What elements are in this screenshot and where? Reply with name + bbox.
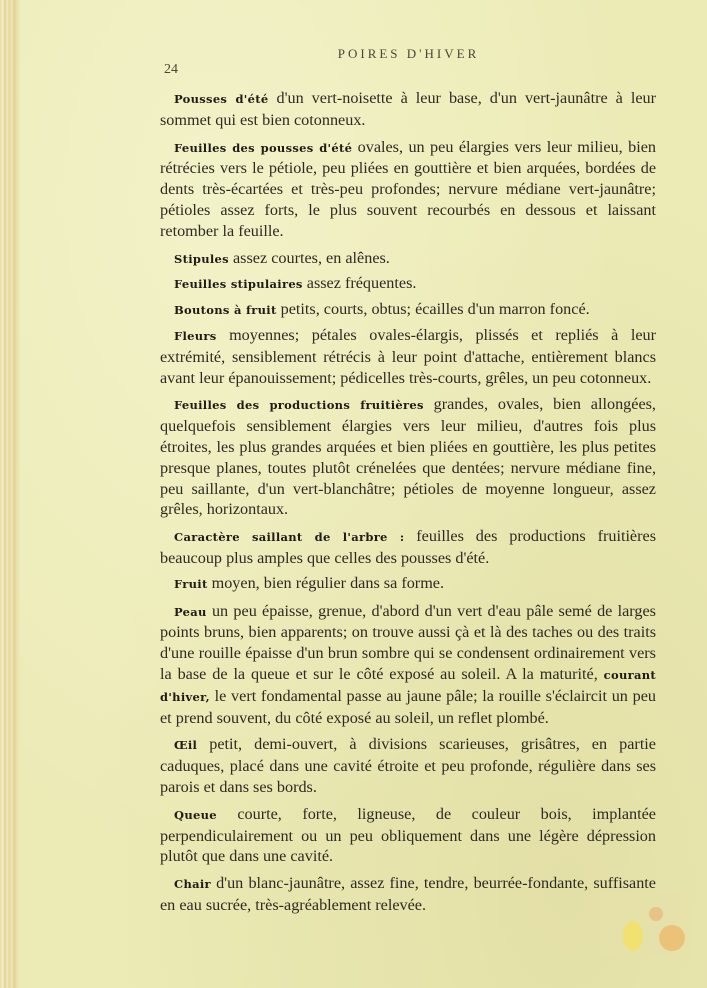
- paragraph-feuilles-pousses: Feuilles des pousses d'été ovales, un pe…: [160, 137, 656, 242]
- paragraph-fruit: Fruit moyen, bien régulier dans sa forme…: [160, 573, 656, 595]
- paragraph-text: assez courtes, en alênes.: [229, 249, 390, 267]
- paragraph-text: d'un blanc-jaunâtre, assez fine, tendre,…: [160, 874, 656, 914]
- paragraph-text: petits, courts, obtus; écailles d'un mar…: [277, 300, 590, 318]
- paragraph-text: un peu épaisse, grenue, d'abord d'un ver…: [160, 602, 656, 683]
- paragraph-stipules: Stipules assez courtes, en alênes.: [160, 248, 656, 270]
- paragraph-peau: Peau un peu épaisse, grenue, d'abord d'u…: [160, 601, 656, 729]
- paragraph-lead: Peau: [174, 605, 207, 619]
- paragraph-text: grandes, ovales, bien allongées, quelque…: [160, 395, 656, 518]
- bleed-through-illustration: [601, 891, 693, 957]
- page-number: 24: [164, 62, 178, 78]
- paragraph-caractere: Caractère saillant de l'arbre : feuilles…: [160, 526, 656, 569]
- paragraph-lead: Fleurs: [174, 329, 217, 343]
- paragraph-text: moyennes; pétales ovales-élargis, plissé…: [160, 326, 656, 387]
- paragraph-text: moyen, bien régulier dans sa forme.: [208, 574, 444, 592]
- paragraph-text: courte, forte, ligneuse, de couleur bois…: [160, 805, 656, 866]
- paragraph-lead: Feuilles stipulaires: [174, 277, 303, 291]
- paragraph-text: petit, demi-ouvert, à divisions scarieus…: [160, 735, 656, 796]
- paragraph-lead: Stipules: [174, 252, 229, 266]
- paragraph-fleurs: Fleurs moyennes; pétales ovales-élargis,…: [160, 325, 656, 388]
- paragraph-lead: Caractère saillant de l'arbre :: [174, 530, 404, 544]
- paragraph-text-after: le vert fondamental passe au jaune pâle;…: [160, 687, 656, 727]
- paragraph-lead: Boutons à fruit: [174, 303, 277, 317]
- paragraph-lead: Feuilles des productions fruitières: [174, 398, 424, 412]
- paragraph-chair: Chair d'un blanc-jaunâtre, assez fine, t…: [160, 873, 656, 916]
- body-text: Pousses d'été d'un vert-noisette à leur …: [160, 88, 656, 922]
- paragraph-lead: Pousses d'été: [174, 92, 268, 106]
- paragraph-feuilles-stipulaires: Feuilles stipulaires assez fréquentes.: [160, 273, 656, 295]
- paragraph-lead: Feuilles des pousses d'été: [174, 141, 352, 155]
- paragraph-queue: Queue courte, forte, ligneuse, de couleu…: [160, 804, 656, 867]
- paragraph-lead: Queue: [174, 808, 217, 822]
- paragraph-text: assez fréquentes.: [303, 274, 417, 292]
- running-head: POIRES D'HIVER: [0, 46, 707, 62]
- paragraph-feuilles-productions: Feuilles des productions fruitières gran…: [160, 394, 656, 520]
- paragraph-pousses: Pousses d'été d'un vert-noisette à leur …: [160, 88, 656, 131]
- book-page-edge: [0, 0, 20, 988]
- paragraph-lead: Fruit: [174, 577, 208, 591]
- paragraph-lead: Chair: [174, 877, 211, 891]
- paragraph-oeil: Œil petit, demi-ouvert, à divisions scar…: [160, 734, 656, 797]
- paragraph-boutons: Boutons à fruit petits, courts, obtus; é…: [160, 299, 656, 321]
- paragraph-lead: Œil: [174, 738, 197, 752]
